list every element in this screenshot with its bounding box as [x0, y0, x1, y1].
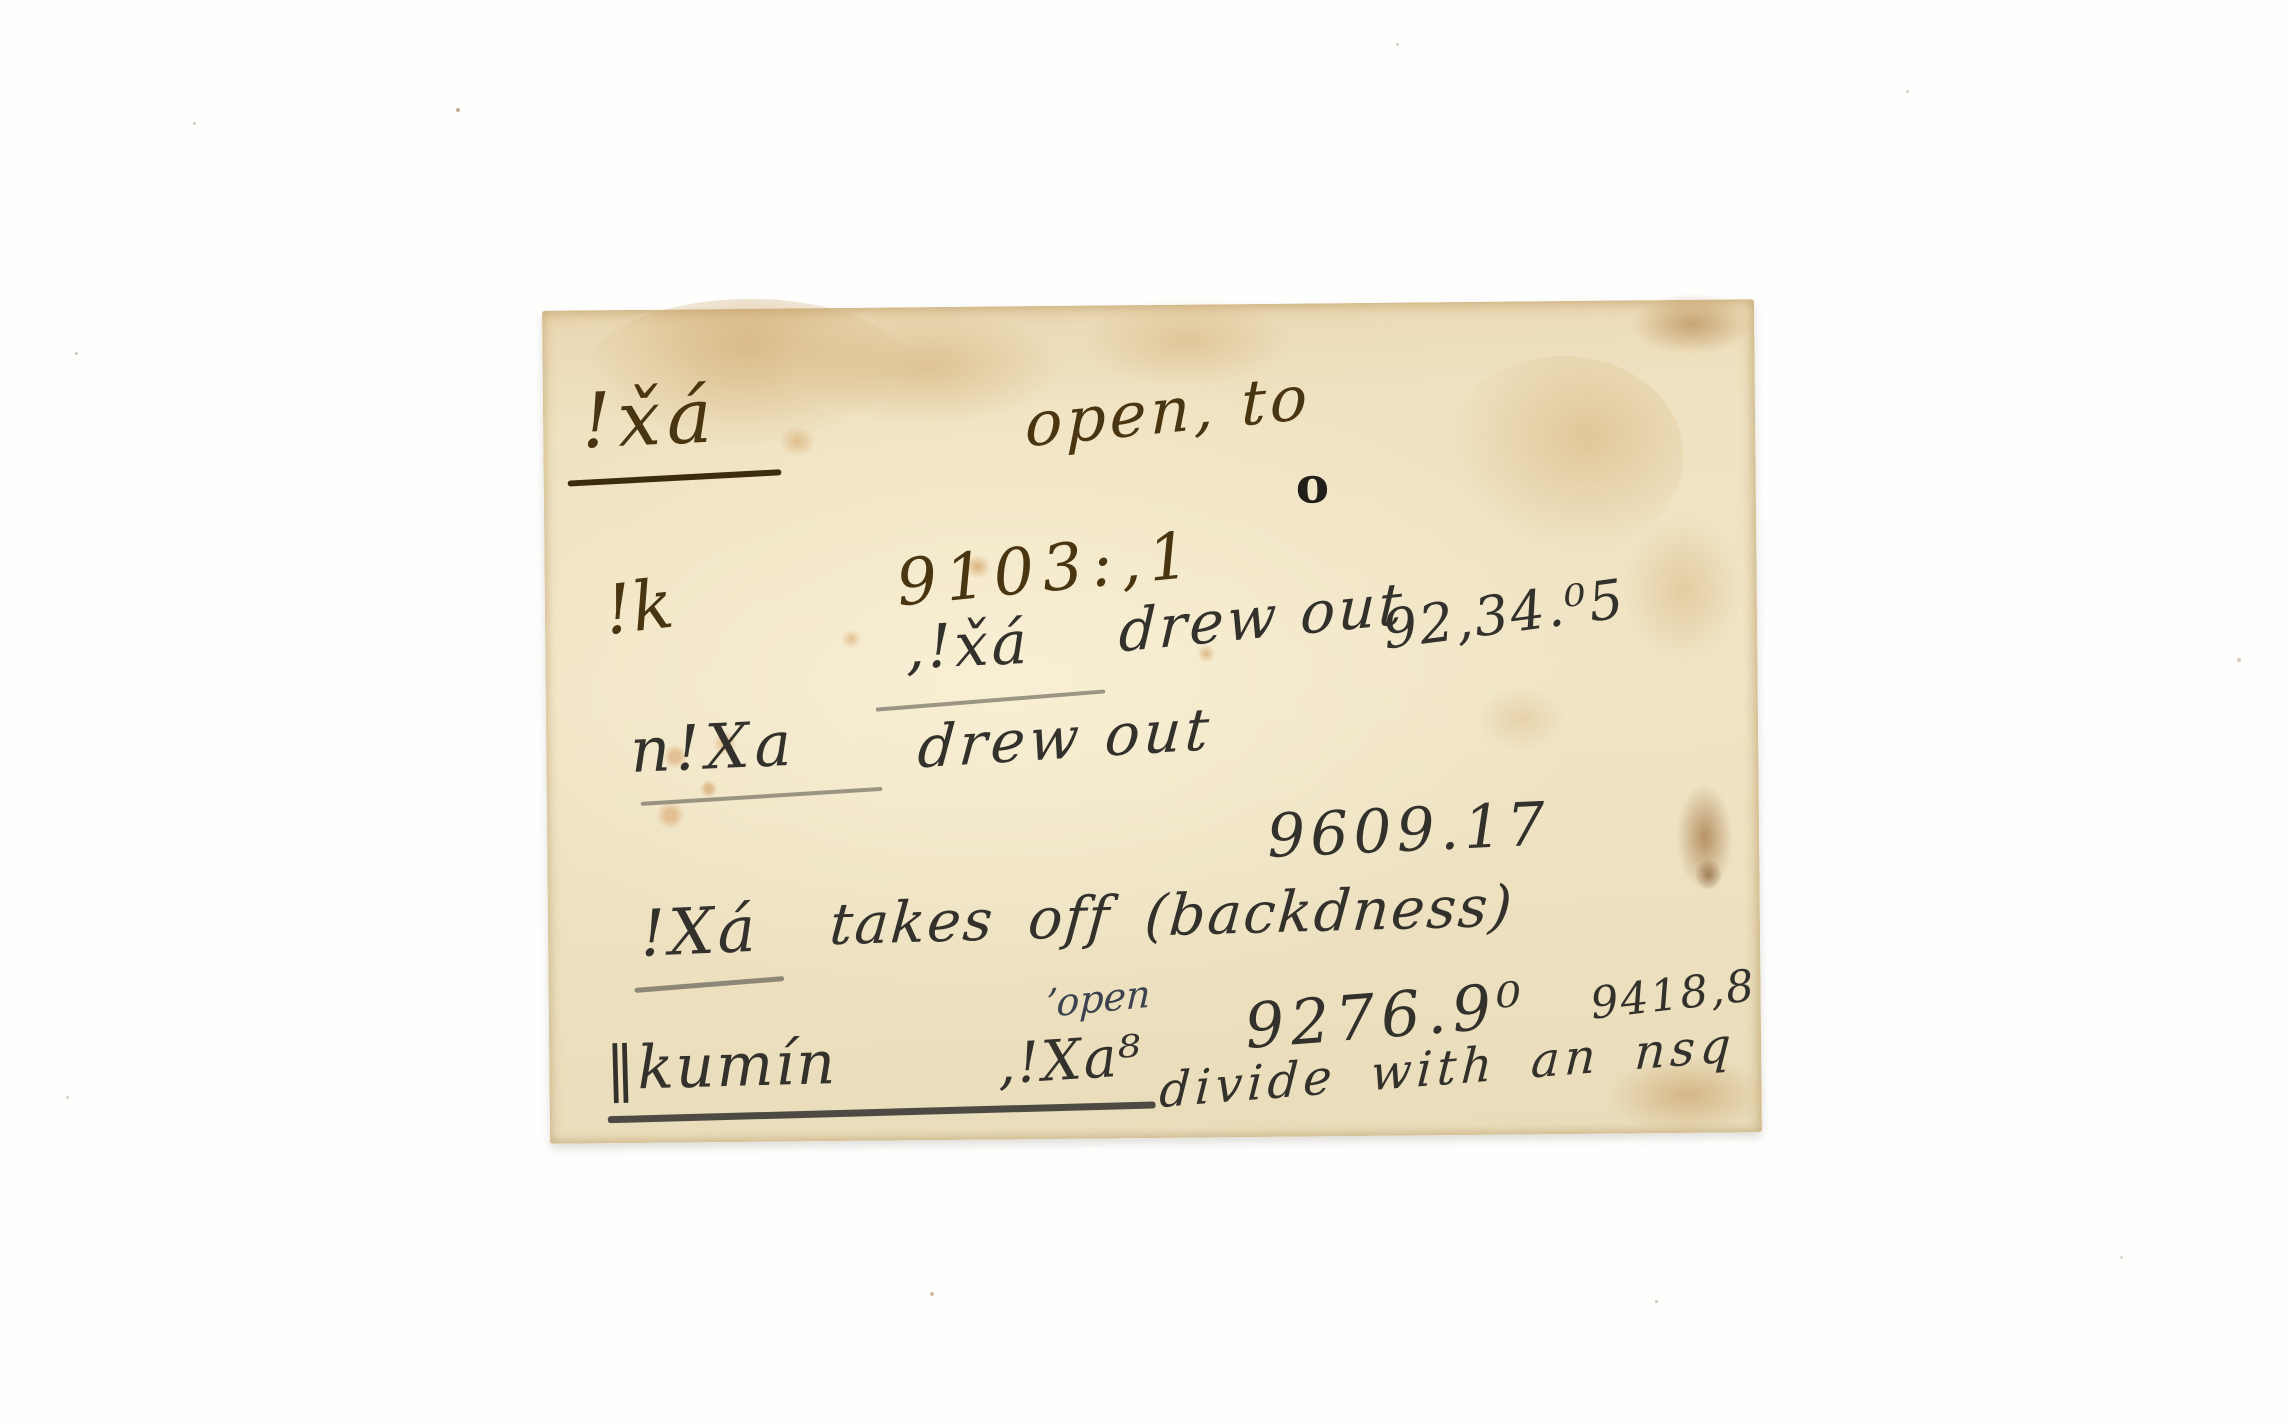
dust-speck [2120, 1256, 2123, 1259]
handwritten-term-xa8: ,!Xa⁸ [995, 1024, 1145, 1098]
handwritten-gloss-drew-out-2: drew out [916, 695, 1216, 782]
handwritten-term-k: !k [600, 565, 677, 651]
dust-speck [75, 352, 78, 355]
stain [1622, 514, 1743, 665]
stain [792, 306, 1063, 429]
handwritten-annotation-open: ʼopen [1044, 972, 1152, 1027]
handwritten-number-9609: 9609.17 [1266, 789, 1552, 872]
handwritten-gloss-open-to: open, to [1025, 360, 1312, 461]
dust-speck [1906, 90, 1909, 93]
stain [1632, 293, 1753, 354]
stain [1677, 784, 1733, 890]
dust-speck [66, 1096, 69, 1099]
stain [1443, 355, 1685, 557]
handwritten-term-xa: !x̌á [579, 370, 720, 465]
underline-term-xa [568, 469, 782, 486]
handwritten-o-mark: o [1295, 455, 1329, 514]
stain [1476, 686, 1567, 752]
handwritten-gloss-takes-off: takes off (backdness) [827, 874, 1516, 959]
underline-term-kumin [608, 1101, 1156, 1123]
underline-term-xa-3 [634, 976, 784, 993]
stain [779, 426, 815, 456]
dust-speck [1396, 43, 1399, 46]
handwritten-term-xa-3: !Xá [638, 893, 760, 972]
handwritten-number-9234: 92,34.⁰5 [1379, 567, 1629, 661]
stain [1695, 860, 1721, 890]
underline-term-nxa [641, 787, 883, 806]
index-card: !x̌á open, to o !k 9103:,1 ,!x̌á drew ou… [542, 299, 1762, 1144]
dust-speck [1655, 1300, 1658, 1303]
dust-speck [193, 122, 196, 125]
stain [841, 630, 861, 648]
scanned-page: { "colors": { "page_background": "#fefef… [0, 0, 2286, 1426]
dust-speck [2237, 658, 2241, 662]
handwritten-term-nxa: n!Xa [629, 707, 798, 787]
dust-speck [930, 1292, 934, 1296]
handwritten-term-xa-2: ,!x̌á [904, 608, 1032, 683]
dust-speck [456, 108, 460, 112]
handwritten-term-kumin: ‖kumín [604, 1028, 838, 1104]
